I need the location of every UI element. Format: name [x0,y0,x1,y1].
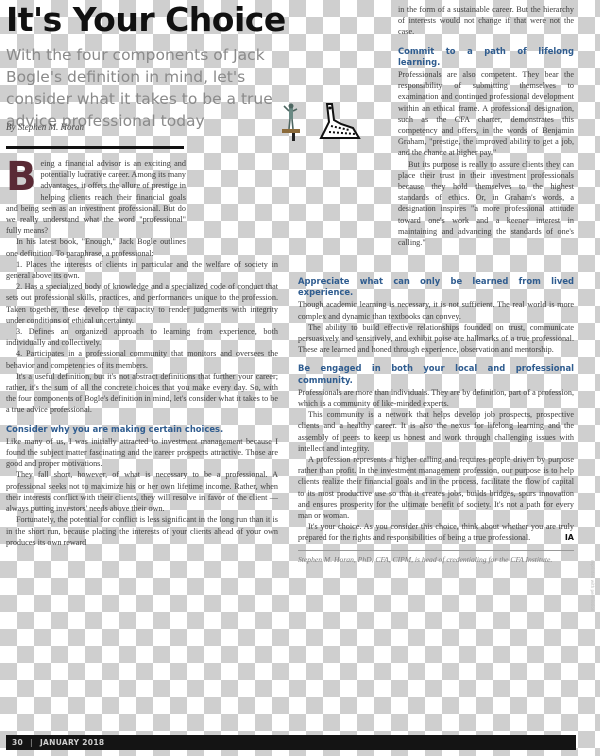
bio-rule [298,550,574,551]
intro-block: B eing a financial advisor is an excitin… [6,158,186,259]
paragraph: This community is a network that helps d… [298,409,574,454]
right-top-column: in the form of a sustainable career. But… [398,4,574,248]
section-heading-lifelong-learning: Commit to a path of lifelong learning. [398,46,574,68]
paragraph: But its purpose is really to assure clie… [398,159,574,249]
article-title: It's Your Choice [6,0,286,40]
author-bio: Stephen M. Horan, PhD, CFA, CIPM, is hea… [298,554,574,565]
right-column: Appreciate what can only be learned from… [298,268,574,565]
page-number: 30 [12,738,23,747]
paragraph: Professionals are also competent. They b… [398,69,574,159]
paragraph: It's a useful definition, but it's not a… [6,371,278,416]
article-dek: With the four components of Jack Bogle's… [6,44,296,132]
paragraph: Like many of us, I was initially attract… [6,436,278,470]
issue-date: JANUARY 2018 [40,738,104,747]
footer-separator: | [30,738,33,747]
paragraph: Professionals are more than individuals.… [298,387,574,409]
section-heading-experience: Appreciate what can only be learned from… [298,276,574,298]
title-rule [6,146,184,149]
closing-text: It's your choice. As you consider this c… [298,522,574,542]
paragraph: The ability to build effective relations… [298,322,574,356]
end-mark: IA [555,532,574,543]
paragraph: Though academic learning is necessary, i… [298,299,574,321]
paragraph: They fall short, however, of what is nec… [6,469,278,514]
side-credit-strip: reprinted with permission [589,560,595,710]
byline: By Stephen M. Horan [6,122,84,132]
page-footer: 30 | JANUARY 2018 [6,735,576,750]
seal-figure-icon [319,100,361,142]
paragraph: In his latest book, "Enough," Jack Bogle… [6,236,186,258]
section-heading-choices: Consider why you are making certain choi… [6,424,278,435]
section-heading-community: Be engaged in both your local and profes… [298,363,574,385]
paragraph: Fortunately, the potential for conflict … [6,514,278,548]
paragraph: A profession represents a higher calling… [298,454,574,521]
climber-figure-icon [282,103,300,141]
paragraph: It's your choice. As you consider this c… [298,521,574,543]
paragraph: in the form of a sustainable career. But… [398,4,574,38]
list-item: 3. Defines an organized approach to lear… [6,326,278,348]
list-item: 1. Places the interests of clients in pa… [6,259,278,281]
drop-cap: B [6,160,37,194]
list-item: 2. Has a specialized body of knowledge a… [6,281,278,326]
left-column: B eing a financial advisor is an excitin… [6,158,278,548]
list-item: 4. Participates in a professional commun… [6,348,278,370]
